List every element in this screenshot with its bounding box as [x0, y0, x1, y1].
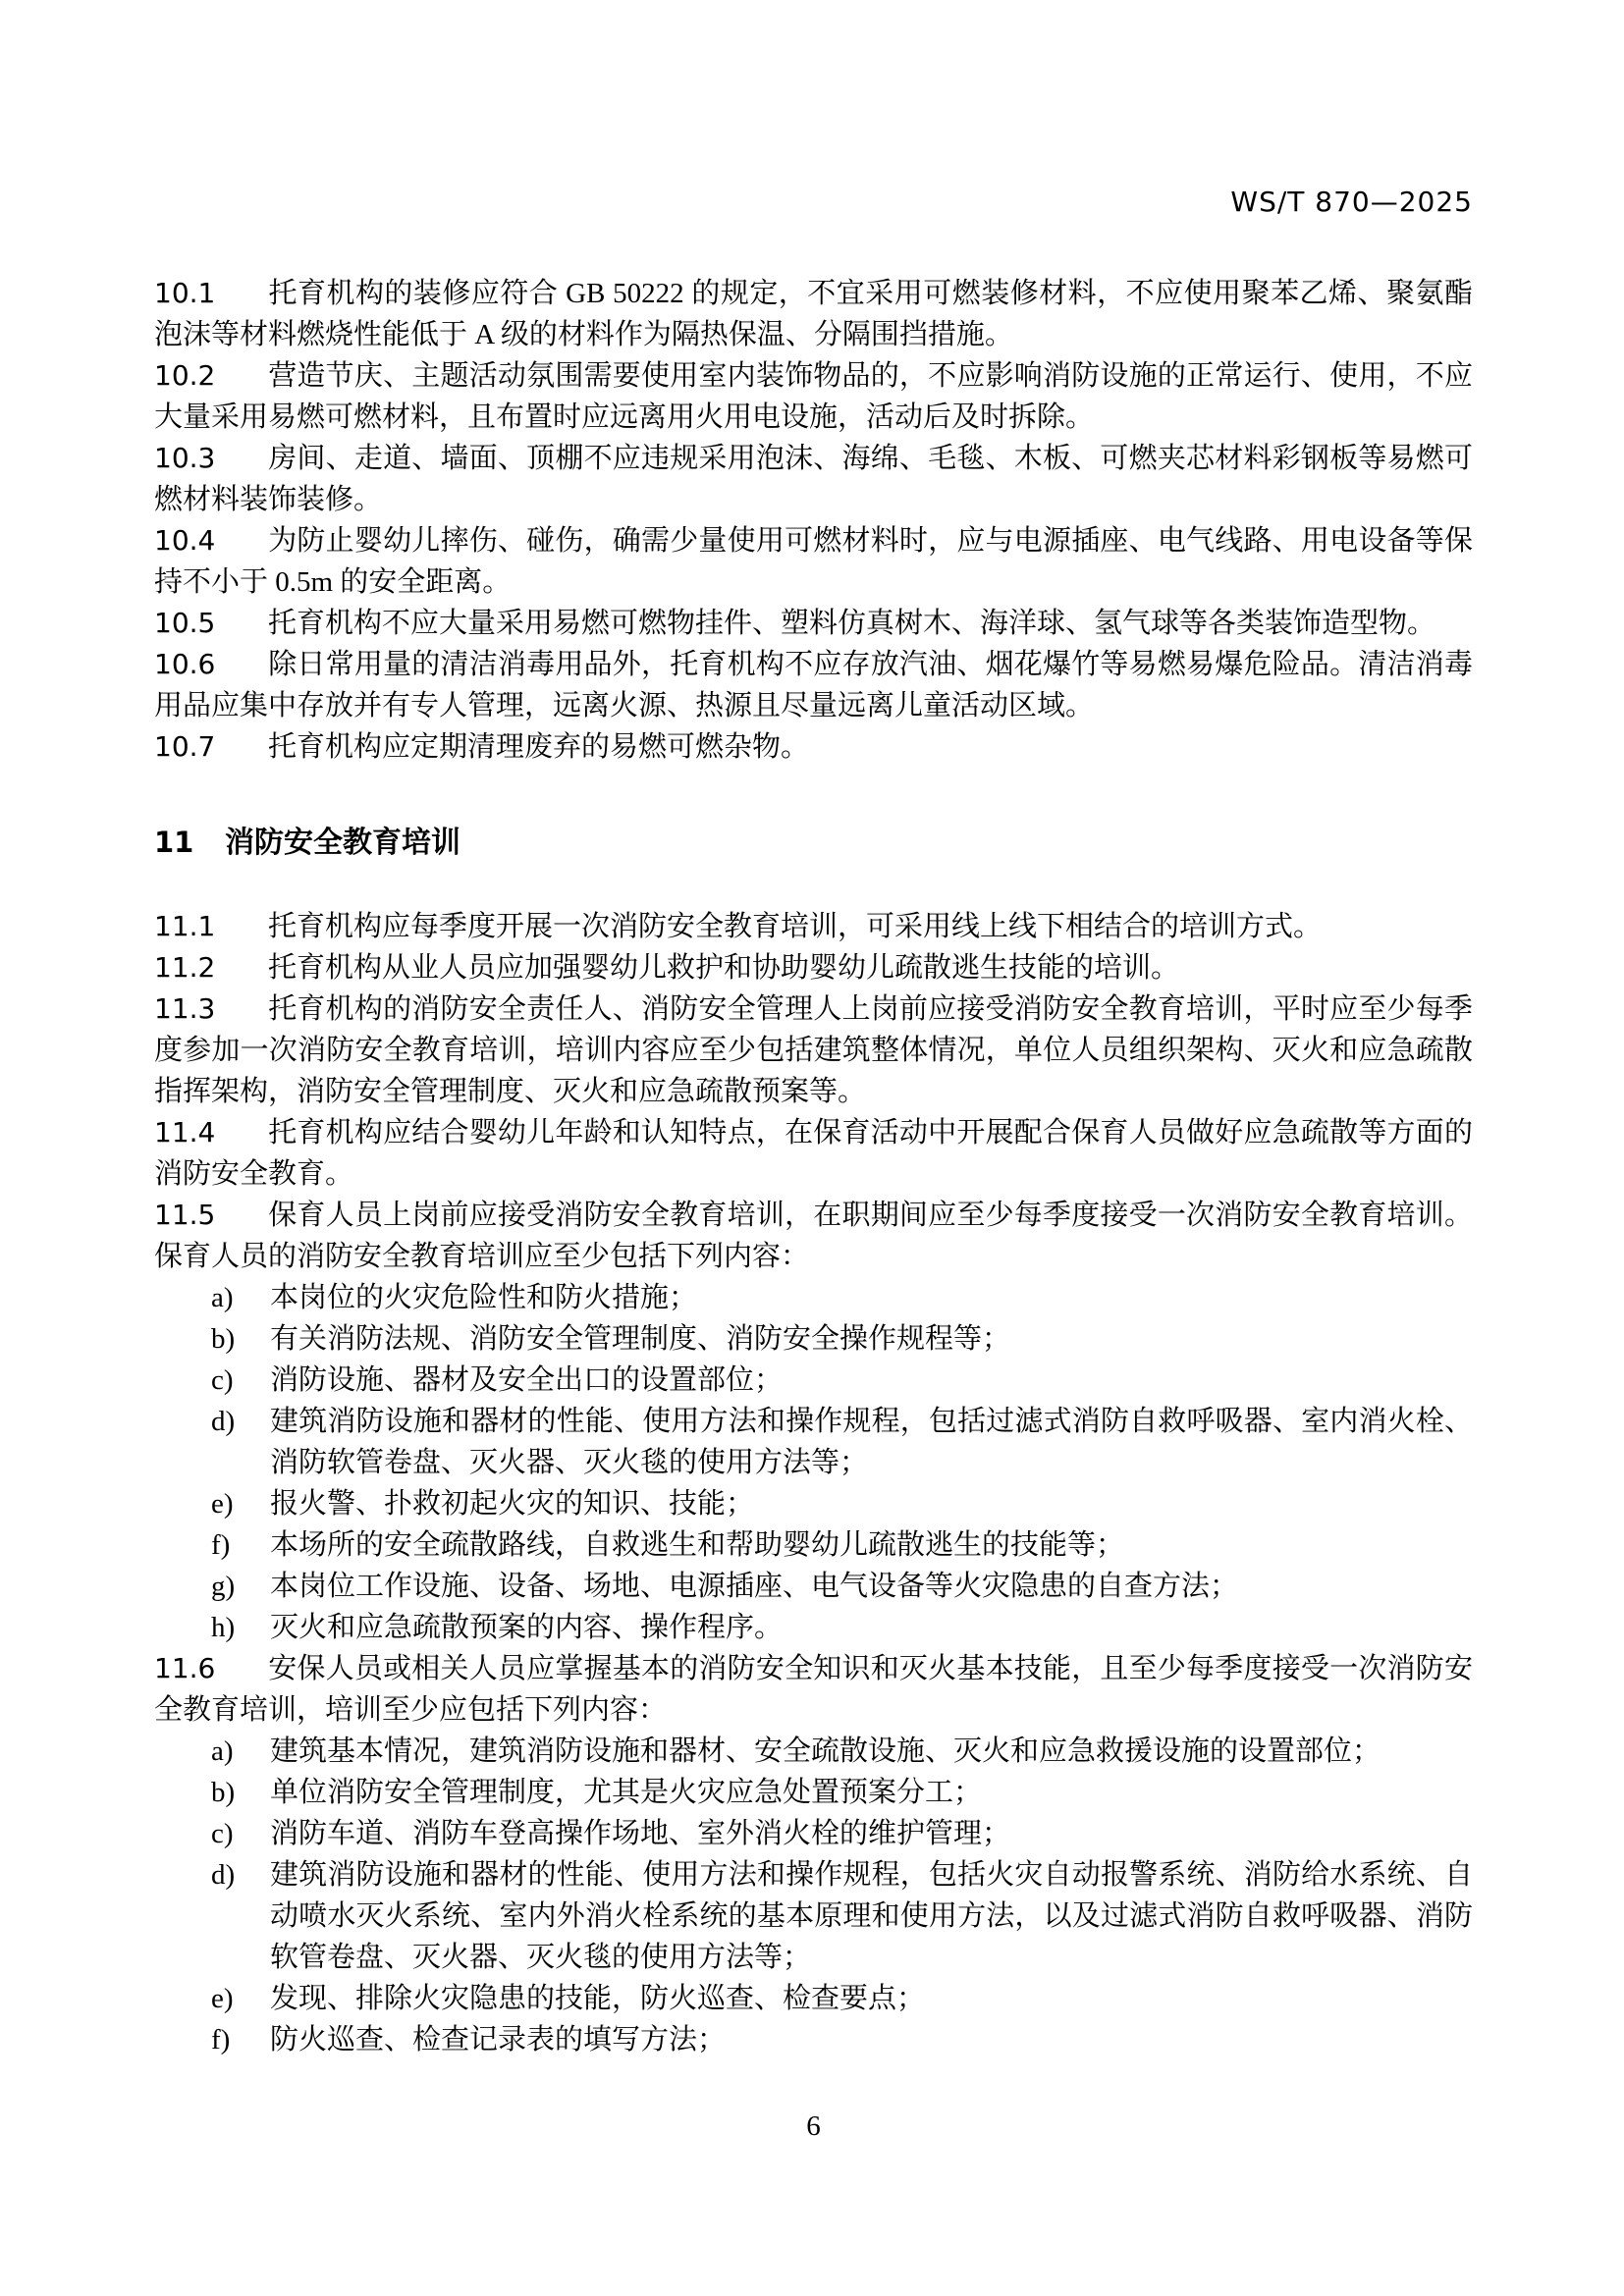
page-footer: 6: [154, 2109, 1473, 2144]
list-item-text: 防火巡查、检查记录表的填写方法；: [270, 2019, 1473, 2060]
list-item: h)灭火和应急疏散预案的内容、操作程序。: [154, 1607, 1473, 1648]
list-item-text: 消防设施、器材及安全出口的设置部位；: [270, 1360, 1473, 1401]
clause-text: 安保人员或相关人员应掌握基本的消防安全知识和灭火基本技能，且至少每季度接受一次消…: [154, 1653, 1473, 1726]
list-item-marker: f): [211, 2019, 270, 2060]
clause-paragraph: 10.5托育机构不应大量采用易燃可燃物挂件、塑料仿真树木、海洋球、氢气球等各类装…: [154, 603, 1473, 644]
list-item-marker: d): [211, 1401, 270, 1483]
section-heading-text: 消防安全教育培训: [225, 826, 460, 860]
clause-paragraph: 10.7托育机构应定期清理废弃的易燃可燃杂物。: [154, 726, 1473, 768]
list-item: a)建筑基本情况，建筑消防设施和器材、安全疏散设施、灭火和应急救援设施的设置部位…: [154, 1731, 1473, 1772]
list-item-text: 本岗位的火灾危险性和防火措施；: [270, 1277, 1473, 1318]
clause-text: 房间、走道、墙面、顶棚不应违规采用泡沫、海绵、毛毯、木板、可燃夹芯材料彩钢板等易…: [154, 443, 1473, 515]
clause-paragraph: 10.3房间、走道、墙面、顶棚不应违规采用泡沫、海绵、毛毯、木板、可燃夹芯材料彩…: [154, 438, 1473, 520]
list-item-text: 建筑消防设施和器材的性能、使用方法和操作规程，包括火灾自动报警系统、消防给水系统…: [270, 1854, 1473, 1978]
clause-paragraph: 10.2营造节庆、主题活动氛围需要使用室内装饰物品的，不应影响消防设施的正常运行…: [154, 355, 1473, 438]
list-item-text: 消防车道、消防车登高操作场地、室外消火栓的维护管理；: [270, 1813, 1473, 1854]
list-item-marker: a): [211, 1277, 270, 1318]
clause-paragraph: 11.1托育机构应每季度开展一次消防安全教育培训，可采用线上线下相结合的培训方式…: [154, 906, 1473, 947]
list-item-marker: e): [211, 1978, 270, 2019]
clause-text: 除日常用量的清洁消毒用品外，托育机构不应存放汽油、烟花爆竹等易燃易爆危险品。清洁…: [154, 649, 1473, 721]
clause-text: 保育人员上岗前应接受消防安全教育培训，在职期间应至少每季度接受一次消防安全教育培…: [154, 1200, 1473, 1272]
list-item-text: 灭火和应急疏散预案的内容、操作程序。: [270, 1607, 1473, 1648]
clause-paragraph: 11.5保育人员上岗前应接受消防安全教育培训，在职期间应至少每季度接受一次消防安…: [154, 1195, 1473, 1277]
clause-number: 11.2: [154, 947, 268, 988]
clause-number: 10.5: [154, 603, 268, 644]
list-item: g)本岗位工作设施、设备、场地、电源插座、电气设备等火灾隐患的自查方法；: [154, 1566, 1473, 1607]
list-item-marker: c): [211, 1813, 270, 1854]
clause-number: 10.4: [154, 520, 268, 561]
list-item-text: 建筑消防设施和器材的性能、使用方法和操作规程，包括过滤式消防自救呼吸器、室内消火…: [270, 1401, 1473, 1483]
list-item-marker: c): [211, 1360, 270, 1401]
clause-number: 11.4: [154, 1112, 268, 1153]
clause-text: 托育机构的装修应符合 GB 50222 的规定，不宜采用可燃装修材料，不应使用聚…: [154, 278, 1473, 350]
list-item-marker: b): [211, 1318, 270, 1360]
clause-number: 10.2: [154, 355, 268, 397]
list-item: f)防火巡查、检查记录表的填写方法；: [154, 2019, 1473, 2060]
clause-paragraph: 10.4为防止婴幼儿摔伤、碰伤，确需少量使用可燃材料时，应与电源插座、电气线路、…: [154, 520, 1473, 603]
clause-number: 10.6: [154, 644, 268, 685]
list-item-text: 发现、排除火灾隐患的技能，防火巡查、检查要点；: [270, 1978, 1473, 2019]
page-number: 6: [806, 2110, 821, 2142]
list-item-text: 本场所的安全疏散路线，自救逃生和帮助婴幼儿疏散逃生的技能等；: [270, 1524, 1473, 1566]
section-heading-number: 11: [154, 822, 225, 863]
clause-number: 11.3: [154, 988, 268, 1030]
clause-paragraph: 11.3托育机构的消防安全责任人、消防安全管理人上岗前应接受消防安全教育培训，平…: [154, 988, 1473, 1112]
list-item-text: 报火警、扑救初起火灾的知识、技能；: [270, 1483, 1473, 1524]
list-item-marker: e): [211, 1483, 270, 1524]
clause-text: 托育机构从业人员应加强婴幼儿救护和协助婴幼儿疏散逃生技能的培训。: [268, 952, 1179, 984]
list-item: e)报火警、扑救初起火灾的知识、技能；: [154, 1483, 1473, 1524]
list-item: c)消防设施、器材及安全出口的设置部位；: [154, 1360, 1473, 1401]
clause-paragraph: 11.4托育机构应结合婴幼儿年龄和认知特点，在保育活动中开展配合保育人员做好应急…: [154, 1112, 1473, 1195]
list-item: b)单位消防安全管理制度，尤其是火灾应急处置预案分工；: [154, 1772, 1473, 1813]
clause-paragraph: 11.6安保人员或相关人员应掌握基本的消防安全知识和灭火基本技能，且至少每季度接…: [154, 1648, 1473, 1731]
list-item-text: 单位消防安全管理制度，尤其是火灾应急处置预案分工；: [270, 1772, 1473, 1813]
standard-number: WS/T 870—2025: [1230, 186, 1473, 218]
clause-text: 营造节庆、主题活动氛围需要使用室内装饰物品的，不应影响消防设施的正常运行、使用，…: [154, 360, 1473, 433]
list-item: b)有关消防法规、消防安全管理制度、消防安全操作规程等；: [154, 1318, 1473, 1360]
clause-number: 11.1: [154, 906, 268, 947]
document-header: WS/T 870—2025: [154, 187, 1473, 218]
clause-number: 10.1: [154, 273, 268, 314]
clause-number: 11.6: [154, 1648, 268, 1689]
clause-text: 托育机构应定期清理废弃的易燃可燃杂物。: [268, 731, 809, 763]
list-item-text: 有关消防法规、消防安全管理制度、消防安全操作规程等；: [270, 1318, 1473, 1360]
list-item: d)建筑消防设施和器材的性能、使用方法和操作规程，包括火灾自动报警系统、消防给水…: [154, 1854, 1473, 1978]
list-item: a)本岗位的火灾危险性和防火措施；: [154, 1277, 1473, 1318]
section-heading: 11消防安全教育培训: [154, 822, 1473, 864]
document-content: 10.1托育机构的装修应符合 GB 50222 的规定，不宜采用可燃装修材料，不…: [154, 273, 1473, 2060]
clause-text: 托育机构应每季度开展一次消防安全教育培训，可采用线上线下相结合的培训方式。: [268, 911, 1322, 942]
clause-paragraph: 10.1托育机构的装修应符合 GB 50222 的规定，不宜采用可燃装修材料，不…: [154, 273, 1473, 355]
list-item-marker: b): [211, 1772, 270, 1813]
clause-number: 10.7: [154, 726, 268, 768]
clause-text: 托育机构不应大量采用易燃可燃物挂件、塑料仿真树木、海洋球、氢气球等各类装饰造型物…: [268, 608, 1435, 639]
clause-number: 10.3: [154, 438, 268, 479]
clause-text: 托育机构的消防安全责任人、消防安全管理人上岗前应接受消防安全教育培训，平时应至少…: [154, 993, 1473, 1107]
list-item: f)本场所的安全疏散路线，自救逃生和帮助婴幼儿疏散逃生的技能等；: [154, 1524, 1473, 1566]
list-item-marker: d): [211, 1854, 270, 1978]
list-item: d)建筑消防设施和器材的性能、使用方法和操作规程，包括过滤式消防自救呼吸器、室内…: [154, 1401, 1473, 1483]
clause-paragraph: 10.6除日常用量的清洁消毒用品外，托育机构不应存放汽油、烟花爆竹等易燃易爆危险…: [154, 644, 1473, 726]
clause-number: 11.5: [154, 1195, 268, 1236]
list-item-marker: h): [211, 1607, 270, 1648]
list-item-marker: g): [211, 1566, 270, 1607]
list-item-text: 本岗位工作设施、设备、场地、电源插座、电气设备等火灾隐患的自查方法；: [270, 1566, 1473, 1607]
clause-paragraph: 11.2托育机构从业人员应加强婴幼儿救护和协助婴幼儿疏散逃生技能的培训。: [154, 947, 1473, 988]
list-item-marker: f): [211, 1524, 270, 1566]
list-item-marker: a): [211, 1731, 270, 1772]
document-page: WS/T 870—2025 10.1托育机构的装修应符合 GB 50222 的规…: [0, 0, 1624, 2296]
clause-text: 为防止婴幼儿摔伤、碰伤，确需少量使用可燃材料时，应与电源插座、电气线路、用电设备…: [154, 525, 1473, 598]
list-item-text: 建筑基本情况，建筑消防设施和器材、安全疏散设施、灭火和应急救援设施的设置部位；: [270, 1731, 1473, 1772]
list-item: c)消防车道、消防车登高操作场地、室外消火栓的维护管理；: [154, 1813, 1473, 1854]
clause-text: 托育机构应结合婴幼儿年龄和认知特点，在保育活动中开展配合保育人员做好应急疏散等方…: [154, 1117, 1473, 1190]
list-item: e)发现、排除火灾隐患的技能，防火巡查、检查要点；: [154, 1978, 1473, 2019]
